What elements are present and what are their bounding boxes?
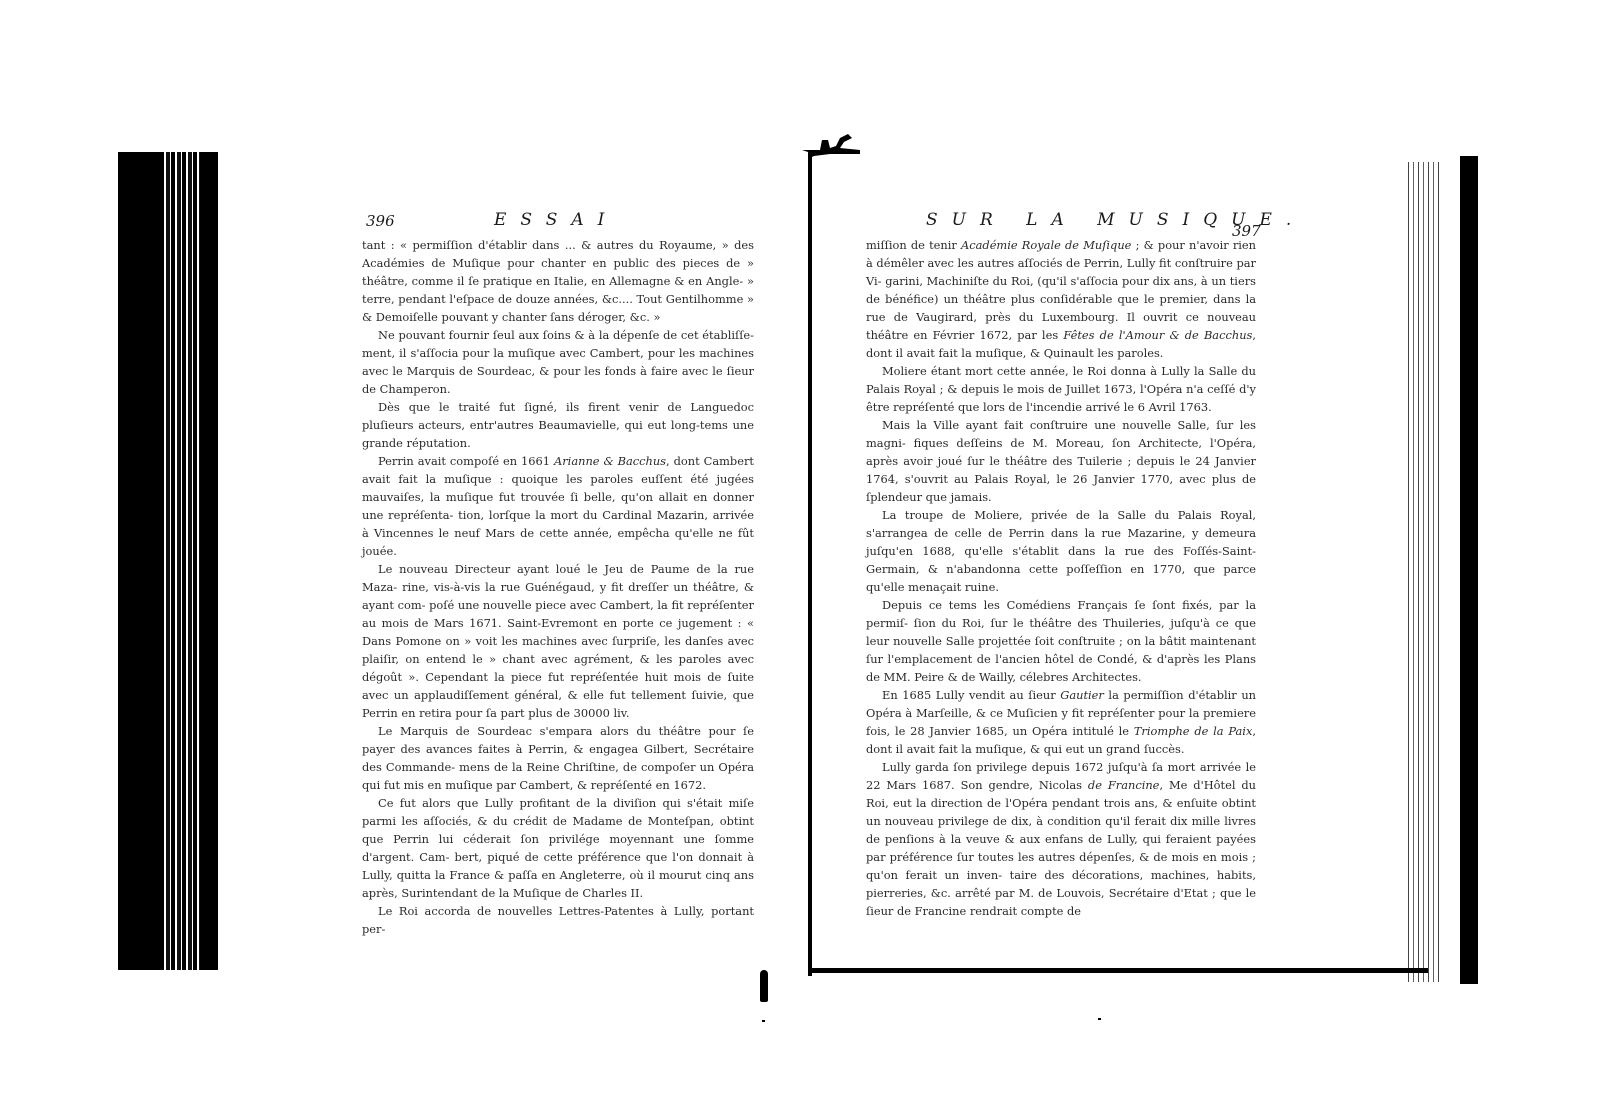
page-bottom-edge <box>808 968 1428 973</box>
left-page-body: tant : « permiſſion d'établir dans ... &… <box>362 236 754 938</box>
left-folio: 396 <box>366 212 395 230</box>
paragraph: Perrin avait compoſé en 1661 Arianne & B… <box>362 452 754 560</box>
italic-name: Gautier <box>1060 688 1104 702</box>
paragraph: Le Marquis de Sourdeac s'empara alors du… <box>362 722 754 794</box>
paragraph: Lully garda ſon privilege depuis 1672 ju… <box>866 758 1256 920</box>
text-run: ; & pour n'avoir rien à démêler avec les… <box>866 238 1256 342</box>
paragraph: La troupe de Moliere, privée de la Salle… <box>866 506 1256 596</box>
scan-speck <box>762 1020 765 1022</box>
paragraph: tant : « permiſſion d'établir dans ... &… <box>362 236 754 326</box>
right-page-edges <box>1404 162 1442 982</box>
italic-title: Académie Royale de Muſique <box>961 238 1131 252</box>
binding-ink-mark-icon <box>800 130 860 160</box>
italic-title: Triomphe de la Paix <box>1134 724 1253 738</box>
text-run: En 1685 Lully vendit au ſieur <box>882 688 1060 702</box>
paragraph: Ne pouvant fournir ſeul aux ſoins & à la… <box>362 326 754 398</box>
italic-name: de Francine <box>1088 778 1160 792</box>
gutter-binding-line <box>808 150 812 976</box>
text-run: , dont Cambert avait fait la muſique : q… <box>362 454 754 558</box>
text-run: , Me d'Hôtel du Roi, eut la direction de… <box>866 778 1256 918</box>
right-page-body: miſſion de tenir Académie Royale de Muſi… <box>866 236 1256 920</box>
paragraph: Le nouveau Directeur ayant loué le Jeu d… <box>362 560 754 722</box>
paragraph: Depuis ce tems les Comédiens Français ſe… <box>866 596 1256 686</box>
scan-speck <box>1098 1018 1101 1020</box>
binding-clip-mark <box>760 970 768 1002</box>
italic-title: Fêtes de l'Amour & de Bacchus <box>1063 328 1252 342</box>
italic-title: Arianne & Bacchus <box>554 454 666 468</box>
left-cover-edge <box>118 152 160 970</box>
paragraph: Le Roi accorda de nouvelles Lettres-Pate… <box>362 902 754 938</box>
paragraph: En 1685 Lully vendit au ſieur Gautier la… <box>866 686 1256 758</box>
left-page-edges <box>160 152 218 970</box>
paragraph: Mais la Ville ayant fait conſtruire une … <box>866 416 1256 506</box>
paragraph: miſſion de tenir Académie Royale de Muſi… <box>866 236 1256 362</box>
paragraph: Ce fut alors que Lully profitant de la d… <box>362 794 754 902</box>
paragraph: Moliere étant mort cette année, le Roi d… <box>866 362 1256 416</box>
text-run: Perrin avait compoſé en 1661 <box>378 454 554 468</box>
paragraph: Dès que le traité fut ſigné, ils firent … <box>362 398 754 452</box>
text-run: miſſion de tenir <box>866 238 961 252</box>
left-running-head: ESSAI <box>494 210 618 230</box>
right-cover-edge <box>1460 156 1478 984</box>
